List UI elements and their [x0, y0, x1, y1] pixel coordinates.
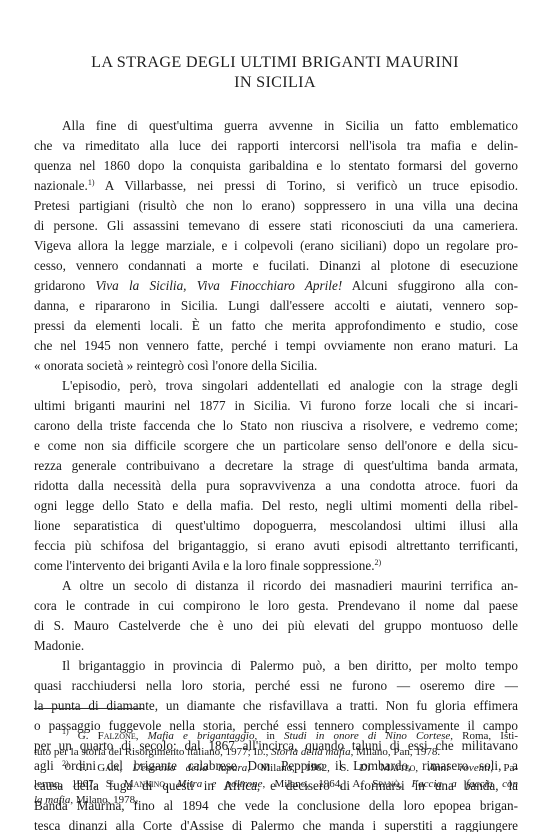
line-text: Pretesi partigiani (risultò che non lo e…	[34, 198, 518, 213]
text: , Milano, 1962,	[247, 762, 340, 774]
line-text: Vigeva allora la legge marziale, e i col…	[34, 238, 518, 253]
footnote-2-line-3: la mafia, Milano, 1978.	[34, 792, 518, 808]
author: S. Di Matteo	[340, 762, 415, 774]
footnote-2-line-2: lermo, 1967, S. Mannino, Mitra e poltron…	[34, 776, 518, 792]
text: ,	[399, 778, 411, 790]
text-line: gridarono Viva la Sicilia, Viva Finocchi…	[34, 276, 518, 296]
work-title: Anni roventi	[428, 762, 490, 774]
line-text: A Villarbasse, nei pressi di Torino, si …	[95, 178, 519, 193]
line-text: la punta di diamante, un diamante che ri…	[34, 698, 518, 713]
line-text: danna, e ripararono in Sicilia. Lungi da…	[34, 298, 518, 313]
text-line: che nel 1945 non vennero fatte, perché i…	[34, 336, 518, 356]
line-text: di S. Mauro Castelverde che è uno dei pi…	[34, 618, 518, 633]
text-line: rezza generale contribuivano a decretare…	[34, 456, 518, 476]
text-line: L'episodio, però, trova singolari addent…	[34, 376, 518, 396]
body-text: Alla fine di quest'ultima guerra avvenne…	[34, 116, 518, 832]
text-line: ultimi briganti maurini nel 1877 in Sici…	[34, 396, 518, 416]
footnote-number: 1)	[62, 728, 69, 736]
text: tuto per la storia del Risorgimento ital…	[34, 746, 253, 758]
text: ,	[136, 730, 148, 742]
text: , Milano, 1978.	[70, 794, 138, 806]
author: G. Falzone	[78, 730, 136, 742]
line-text: Alcuni sfuggirono alla con-	[342, 278, 518, 293]
work-title: Storia della mafia	[271, 746, 350, 758]
line-text: tesca dinanzi alla Corte d'Assise di Pal…	[34, 818, 518, 832]
line-text: L'episodio, però, trova singolari addent…	[62, 378, 518, 393]
line-text: rezza generale contribuivano a decretare…	[34, 458, 518, 473]
footnote-rule	[34, 708, 144, 709]
text-line: ogni legge dello Stato e della mafia. De…	[34, 496, 518, 516]
footnotes: 1) G. Falzone, Mafia e brigantaggio, in …	[34, 728, 518, 808]
line-text: carono della triste faccenda che lo Stat…	[34, 418, 518, 433]
text-line: feccia più schifosa del brigantaggio, si…	[34, 536, 518, 556]
line-text: gridarono	[34, 278, 96, 293]
footnote-1-line-2: tuto per la storia del Risorgimento ital…	[34, 744, 518, 760]
line-text: nazionale.	[34, 178, 88, 193]
line-text: quenza nel 1860 dopo la conquista gariba…	[34, 158, 518, 173]
text: ,	[415, 762, 428, 774]
author: S. Mannino	[106, 778, 165, 790]
line-text: ultimi briganti maurini nel 1877 in Sici…	[34, 398, 518, 413]
line-text: Alla fine di quest'ultima guerra avvenne…	[62, 118, 518, 133]
footnote-ref: 2)	[375, 558, 382, 567]
author: Id.	[253, 746, 265, 758]
work-title: Mitra e poltrone	[177, 778, 262, 790]
work-title: Studi in onore di Nino Cortese	[284, 730, 450, 742]
text-line: Alla fine di quest'ultima guerra avvenne…	[34, 116, 518, 136]
footnote-number: 2)	[62, 760, 69, 768]
line-text: di persone. Gli assassini temevano di es…	[34, 218, 518, 233]
chapter-title: LA STRAGE DEGLI ULTIMI BRIGANTI MAURINI …	[0, 52, 550, 92]
text-line: carono della triste faccenda che lo Stat…	[34, 416, 518, 436]
chapter-title-line-2: IN SICILIA	[0, 72, 550, 92]
line-text: cora le contrade in cui compirono le lor…	[34, 598, 518, 613]
line-text: feccia più schifosa del brigantaggio, si…	[34, 538, 518, 553]
line-text: pressi da elementi locali. È un fatto ch…	[34, 318, 518, 333]
text-line: lione separatistica di quest'ultimo dopo…	[34, 516, 518, 536]
text: , in	[254, 730, 284, 742]
line-text: ogni legge dello Stato e della mafia. De…	[34, 498, 518, 513]
text-line: cesso, vennero condannati a morte e fuci…	[34, 256, 518, 276]
italic-text: Viva la Sicilia, Viva Finocchiaro Aprile…	[96, 278, 343, 293]
line-text: ridotta dalla necessità della pura sopra…	[34, 478, 518, 493]
text-line: nazionale.1) A Villarbasse, nei pressi d…	[34, 176, 518, 196]
work-title: la mafia	[34, 794, 70, 806]
text-line: danna, e ripararono in Sicilia. Lungi da…	[34, 296, 518, 316]
line-text: « onorata società » reintegrò così l'ono…	[34, 358, 317, 373]
footnote-2-line-1: 2) F. Gaia, L'esercito della lupara, Mil…	[34, 760, 518, 776]
text: ,	[119, 762, 132, 774]
line-text: quasi racchiudersi nella loro storia, pe…	[34, 678, 518, 693]
author: A. Spanò	[352, 778, 399, 790]
text-line: di persone. Gli assassini temevano di es…	[34, 216, 518, 236]
text-line: la punta di diamante, un diamante che ri…	[34, 696, 518, 716]
text: ,	[165, 778, 177, 790]
text-line: quasi racchiudersi nella loro storia, pe…	[34, 676, 518, 696]
author: F. Gaia	[79, 762, 119, 774]
line-text: che nel 1945 non vennero fatte, perché i…	[34, 338, 518, 353]
line-text: cesso, vennero condannati a morte e fuci…	[34, 258, 518, 273]
text-line: Pretesi partigiani (risultò che non lo e…	[34, 196, 518, 216]
text-line: « onorata società » reintegrò così l'ono…	[34, 356, 518, 376]
text-line: di S. Mauro Castelverde che è uno dei pi…	[34, 616, 518, 636]
footnote-1-line-1: 1) G. Falzone, Mafia e brigantaggio, in …	[34, 728, 518, 744]
text-line: pressi da elementi locali. È un fatto ch…	[34, 316, 518, 336]
text-line: e come non sia difficile scorgere che un…	[34, 436, 518, 456]
line-text: A oltre un secolo di distanza il ricordo…	[62, 578, 518, 593]
text-line: Madonie.	[34, 636, 518, 656]
line-text: lione separatistica di quest'ultimo dopo…	[34, 518, 518, 533]
text-line: tesca dinanzi alla Corte d'Assise di Pal…	[34, 816, 518, 832]
line-text: Madonie.	[34, 638, 84, 653]
work-title: L'esercito della lupara	[133, 762, 248, 774]
work-title: Faccia a faccia con	[411, 778, 518, 790]
chapter-title-line-1: LA STRAGE DEGLI ULTIMI BRIGANTI MAURINI	[0, 52, 550, 72]
text: , Milano, 1964,	[263, 778, 353, 790]
line-text: Il brigantaggio in provincia di Palermo …	[62, 658, 518, 673]
text-line: A oltre un secolo di distanza il ricordo…	[34, 576, 518, 596]
text-line: che va rimeditato alla luce dei rapporti…	[34, 136, 518, 156]
text: lermo, 1967,	[34, 778, 106, 790]
text: , Milano, Pan, 1978.	[351, 746, 441, 758]
line-text: come l'intervento dei briganti Avila e l…	[34, 558, 375, 573]
text-line: cora le contrade in cui compirono le lor…	[34, 596, 518, 616]
footnote-ref: 1)	[88, 178, 95, 187]
line-text: e come non sia difficile scorgere che un…	[34, 438, 518, 453]
line-text: che va rimeditato alla luce dei rapporti…	[34, 138, 518, 153]
text-line: Vigeva allora la legge marziale, e i col…	[34, 236, 518, 256]
text: , Pa-	[490, 762, 518, 774]
text-line: come l'intervento dei briganti Avila e l…	[34, 556, 518, 576]
work-title: Mafia e brigantaggio	[148, 730, 255, 742]
text: , Roma, Isti-	[450, 730, 518, 742]
text-line: quenza nel 1860 dopo la conquista gariba…	[34, 156, 518, 176]
text-line: Il brigantaggio in provincia di Palermo …	[34, 656, 518, 676]
text-line: ridotta dalla necessità della pura sopra…	[34, 476, 518, 496]
